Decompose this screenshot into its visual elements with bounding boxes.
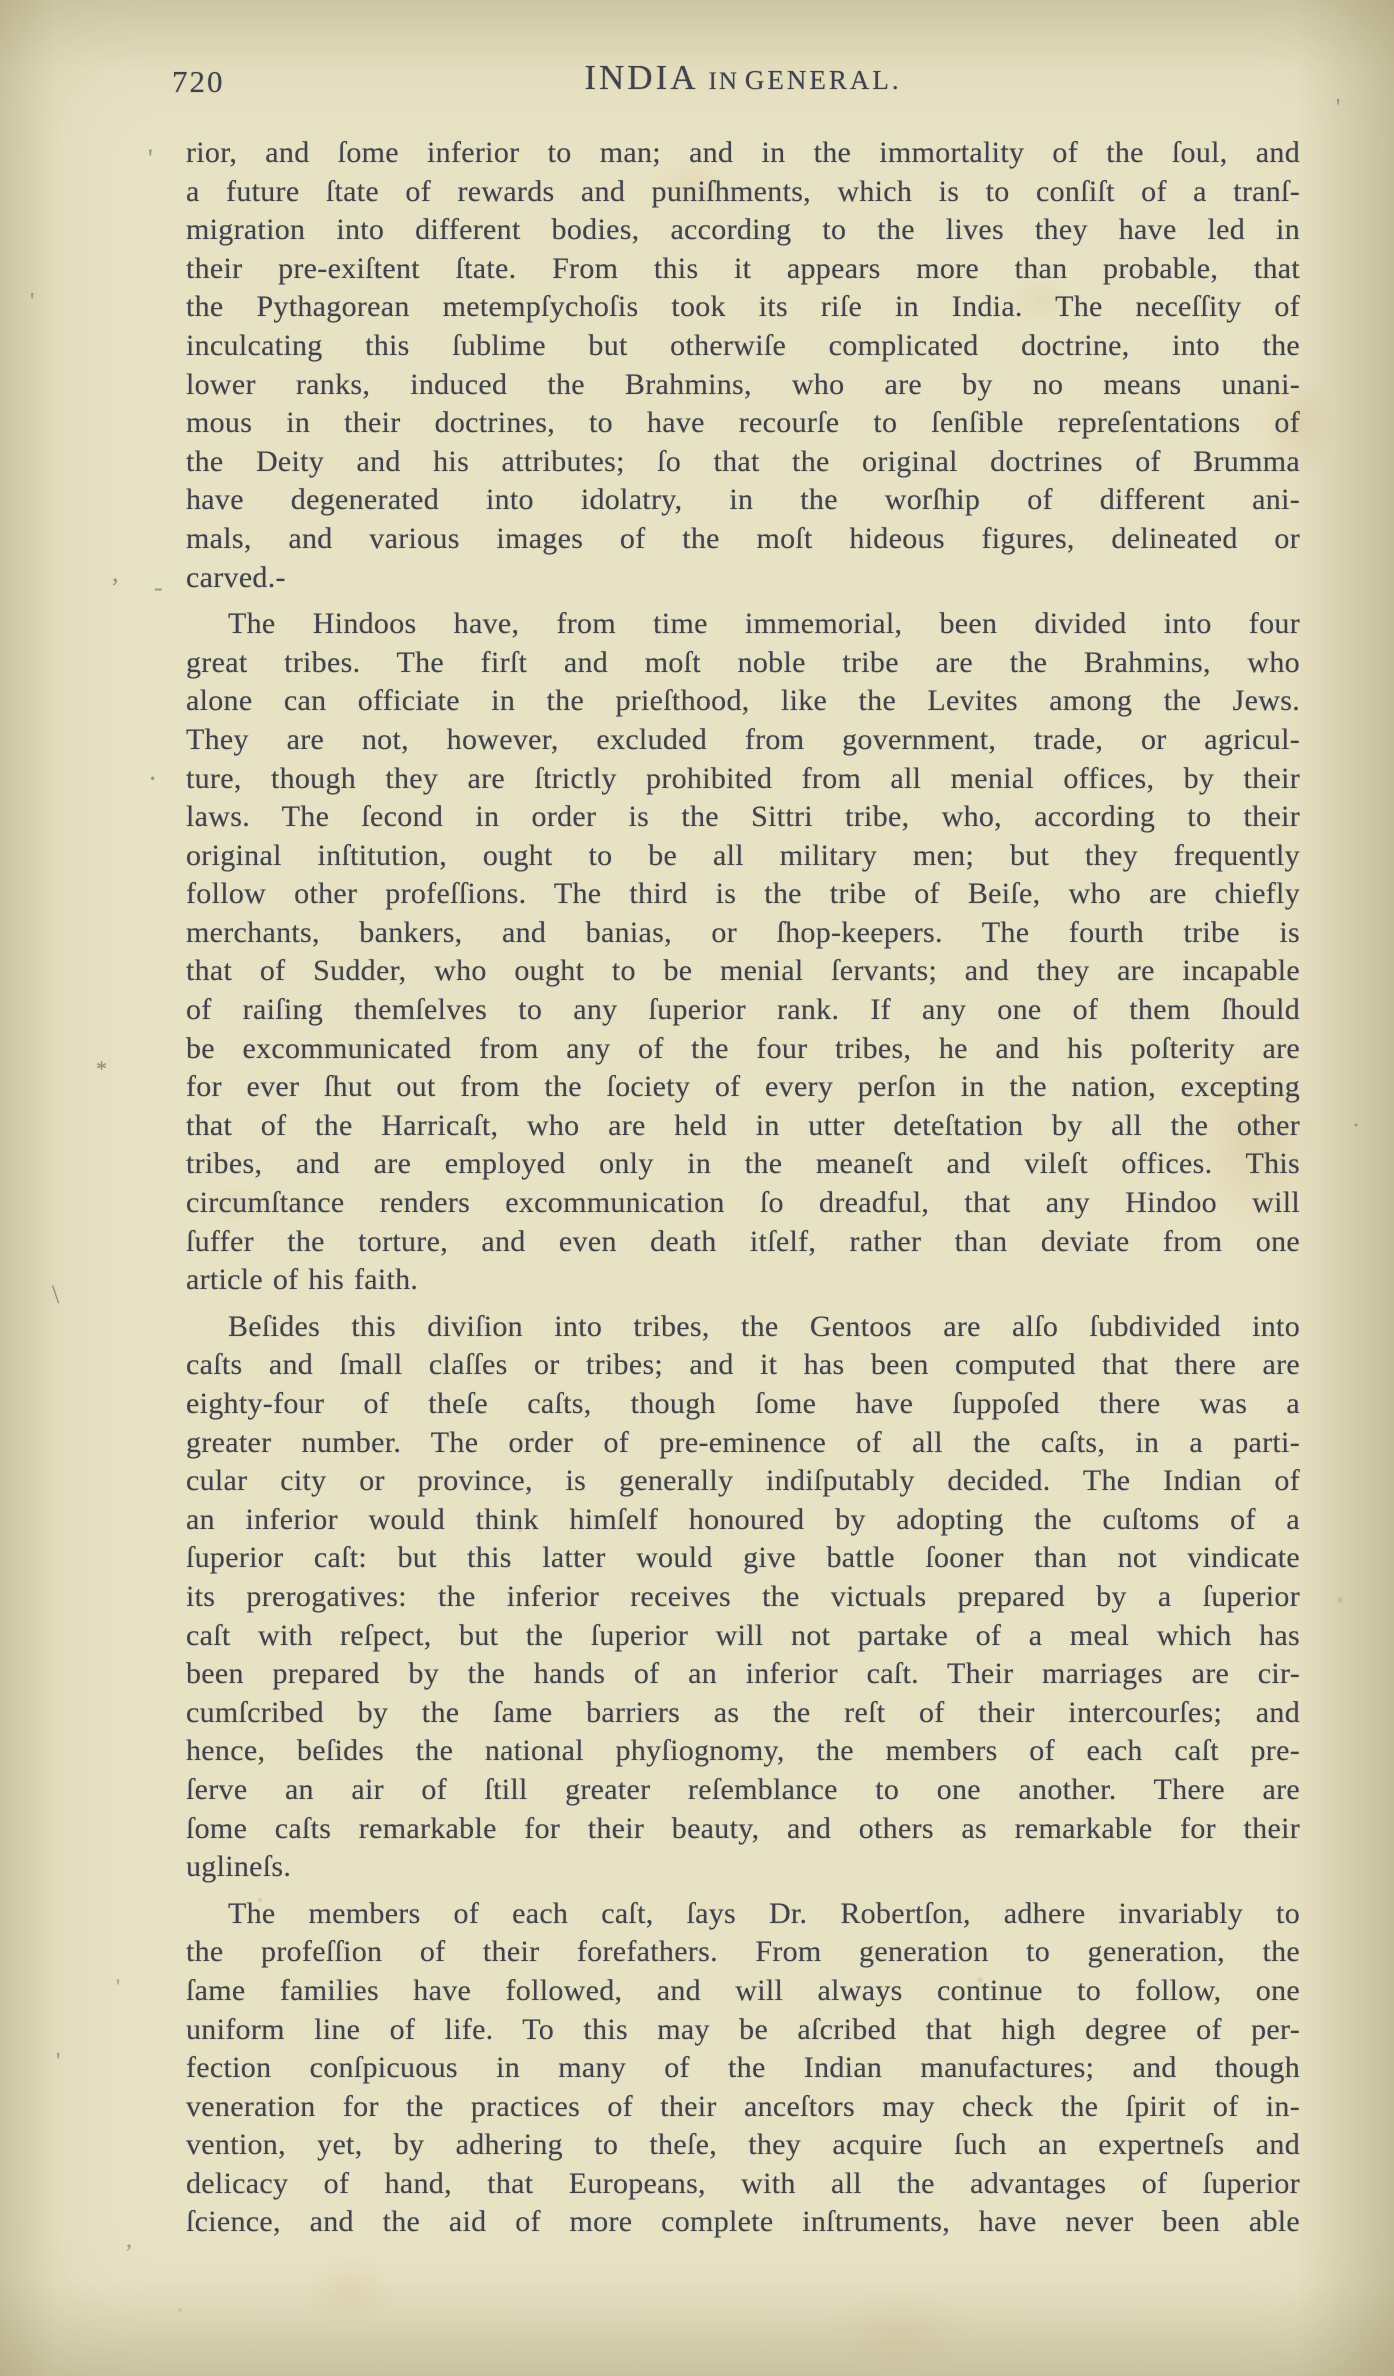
paragraph: Beſides this diviſion into tribes, the G… [186,1308,1300,1887]
text-line: mous in their doctrines, to have recourſ… [186,404,1300,443]
text-line: article of his faith. [186,1261,1300,1300]
text-line: fection conſpicuous in many of the India… [186,2049,1300,2088]
text-line: caſts and ſmall claſſes or tribes; and i… [186,1346,1300,1385]
text-line: uniform line of life. To this may be aſc… [186,2011,1300,2050]
text-line: inculcating this ſublime but otherwiſe c… [186,327,1300,366]
running-title-tail: GENERAL. [745,65,902,95]
ink-speck: , [112,560,119,586]
ink-speck: ' [30,290,34,314]
paragraph: rior, and ſome inferior to man; and in t… [186,134,1300,597]
text-line: circumſtance renders excommunication ſo … [186,1184,1300,1223]
text-line: veneration for the practices of their an… [186,2088,1300,2127]
text-line: ſcience, and the aid of more complete in… [186,2203,1300,2242]
text-line: caſt with reſpect, but the ſuperior will… [186,1617,1300,1656]
text-line: its prerogatives: the inferior receives … [186,1578,1300,1617]
text-line: ſerve an air of ſtill greater reſemblanc… [186,1771,1300,1810]
text-line: cular city or province, is generally ind… [186,1462,1300,1501]
text-line: delicacy of hand, that Europeans, with a… [186,2165,1300,2204]
text-line: lower ranks, induced the Brahmins, who a… [186,366,1300,405]
text-line: been prepared by the hands of an inferio… [186,1655,1300,1694]
text-line: of raiſing themſelves to any ſuperior ra… [186,991,1300,1030]
text-line: greater number. The order of pre-eminenc… [186,1424,1300,1463]
text-line: the profeſſion of their forefathers. Fro… [186,1933,1300,1972]
text-line: ſome caſts remarkable for their beauty, … [186,1810,1300,1849]
text-line: the Pythagorean metempſychoſis took its … [186,288,1300,327]
page-text: rior, and ſome inferior to man; and in t… [186,134,1300,2250]
ink-speck: · [1352,1114,1360,1138]
text-line: The Hindoos have, from time immemorial, … [186,605,1300,644]
text-line: merchants, bankers, and banias, or ſhop-… [186,914,1300,953]
running-title-mid: IN [709,68,739,95]
text-line: an inferior would think himſelf honoured… [186,1501,1300,1540]
paragraph: The members of each caſt, ſays Dr. Rober… [186,1895,1300,2242]
text-line: ture, though they are ſtrictly prohibite… [186,760,1300,799]
ink-speck: · [148,766,157,794]
text-line: for ever ſhut out from the ſociety of ev… [186,1068,1300,1107]
ink-speck: ' [56,2050,60,2074]
text-line: carved.- [186,559,1300,598]
running-title: INDIAINGENERAL. [584,58,901,98]
text-line: cumſcribed by the ſame barriers as the r… [186,1694,1300,1733]
text-line: Beſides this diviſion into tribes, the G… [186,1308,1300,1347]
text-line: rior, and ſome inferior to man; and in t… [186,134,1300,173]
text-line: migration into different bodies, accordi… [186,211,1300,250]
book-page-scan: 720 INDIAINGENERAL. rior, and ſome infer… [0,0,1394,2376]
ink-speck: - [154,575,163,601]
text-line: ſuperior caſt: but this latter would giv… [186,1539,1300,1578]
text-line: that of the Harricaſt, who are held in u… [186,1107,1300,1146]
text-line: They are not, however, excluded from gov… [186,721,1300,760]
page-number: 720 [172,64,225,100]
text-line: tribes, and are employed only in the mea… [186,1145,1300,1184]
paragraph: The Hindoos have, from time immemorial, … [186,605,1300,1300]
text-line: mals, and various images of the moſt hid… [186,520,1300,559]
running-title-main: INDIA [584,58,698,97]
text-line: follow other profeſſions. The third is t… [186,875,1300,914]
text-line: ſuffer the torture, and even death itſel… [186,1223,1300,1262]
text-line: that of Sudder, who ought to be menial ſ… [186,952,1300,991]
text-line: alone can officiate in the prieſthood, l… [186,682,1300,721]
text-line: laws. The ſecond in order is the Sittri … [186,798,1300,837]
text-line: original inſtitution, ought to be all mi… [186,837,1300,876]
ink-speck: , [126,2228,132,2252]
text-line: the Deity and his attributes; ſo that th… [186,443,1300,482]
text-line: The members of each caſt, ſays Dr. Rober… [186,1895,1300,1934]
text-line: great tribes. The firſt and moſt noble t… [186,644,1300,683]
text-line: a future ſtate of rewards and puniſhment… [186,173,1300,212]
text-line: eighty-four of theſe caſts, though ſome … [186,1385,1300,1424]
text-line: vention, yet, by adhering to theſe, they… [186,2126,1300,2165]
ink-speck: ' [148,146,153,172]
page-header: 720 INDIAINGENERAL. [0,58,1394,108]
text-line: have degenerated into idolatry, in the w… [186,481,1300,520]
ink-speck: ' [116,1976,120,1998]
ink-speck: * [96,1058,107,1080]
text-line: be excommunicated from any of the four t… [186,1030,1300,1069]
text-line: uglineſs. [186,1848,1300,1887]
text-line: hence, beſides the national phyſiognomy,… [186,1732,1300,1771]
text-line: ſame families have followed, and will al… [186,1972,1300,2011]
ink-speck: \ [52,1282,59,1308]
text-line: their pre-exiſtent ſtate. From this it a… [186,250,1300,289]
